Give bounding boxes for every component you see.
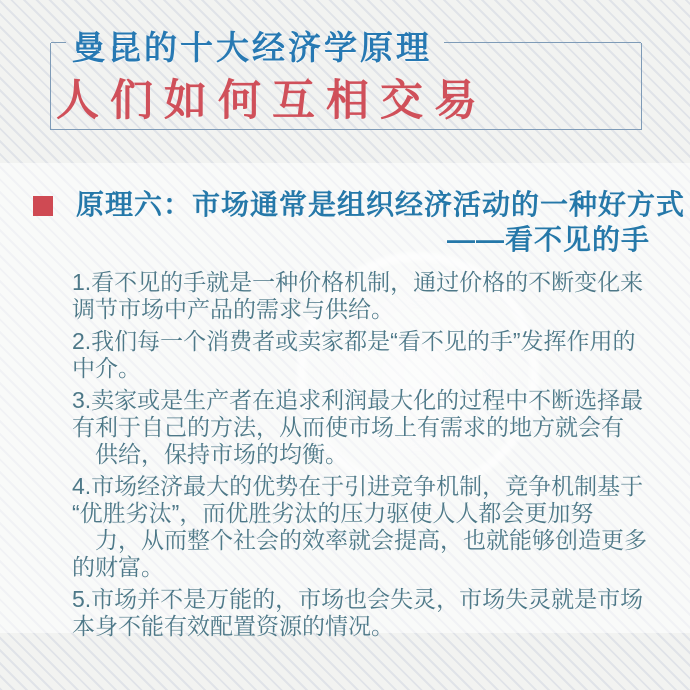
text-line: 力，从而整个社会的效率就会提高，也就能够创造更多 xyxy=(72,527,657,554)
text-line: 有利于自己的方法，从而使市场上有需求的地方就会有 xyxy=(72,414,657,441)
series-title: 曼昆的十大经济学原理 xyxy=(72,22,432,69)
title-box: 曼昆的十大经济学原理 人们如何互相交易 xyxy=(50,43,642,130)
text-line: 1.看不见的手就是一种价格机制，通过价格的不断变化来 xyxy=(72,269,657,296)
title-box-border-segment xyxy=(51,42,66,43)
text-line: 2.我们每一个消费者或卖家都是“看不见的手”发挥作用的 xyxy=(72,328,657,355)
text-line: 3.卖家或是生产者在追求利润最大化的过程中不断选择最 xyxy=(72,387,657,414)
infographic-page: 曼昆的十大经济学原理 人们如何互相交易 原理六：市场通常是组织经济活动的一种好方… xyxy=(0,0,690,690)
text-line: 4.市场经济最大的优势在于引进竞争机制，竞争机制基于 xyxy=(72,473,657,500)
text-line: 的财富。 xyxy=(72,554,657,581)
principle-point: 3.卖家或是生产者在追求利润最大化的过程中不断选择最有利于自己的方法，从而使市场… xyxy=(72,387,657,468)
text-line: 调节市场中产品的需求与供给。 xyxy=(72,296,657,323)
red-square-bullet xyxy=(33,196,53,216)
text-line: 本身不能有效配置资源的情况。 xyxy=(72,613,657,640)
page-title: 人们如何互相交易 xyxy=(56,67,488,128)
principle-point: 5.市场并不是万能的，市场也会失灵，市场失灵就是市场本身不能有效配置资源的情况。 xyxy=(72,586,657,640)
title-box-border-segment xyxy=(444,42,641,43)
principle-heading: 原理六：市场通常是组织经济活动的一种好方式 ——看不见的手 xyxy=(33,186,655,257)
text-line: 中介。 xyxy=(72,355,657,382)
principle-point: 1.看不见的手就是一种价格机制，通过价格的不断变化来调节市场中产品的需求与供给。 xyxy=(72,269,657,323)
text-line: 供给，保持市场的均衡。 xyxy=(72,441,657,468)
principle-heading-line2: ——看不见的手 xyxy=(33,223,655,257)
principle-heading-line1: 原理六：市场通常是组织经济活动的一种好方式 xyxy=(33,186,655,223)
principle-points: 1.看不见的手就是一种价格机制，通过价格的不断变化来调节市场中产品的需求与供给。… xyxy=(72,269,657,645)
text-line: “优胜劣汰”，而优胜劣汰的压力驱使人人都会更加努 xyxy=(72,500,657,527)
principle-point: 4.市场经济最大的优势在于引进竞争机制，竞争机制基于“优胜劣汰”，而优胜劣汰的压… xyxy=(72,473,657,581)
text-line: 5.市场并不是万能的，市场也会失灵，市场失灵就是市场 xyxy=(72,586,657,613)
principle-point: 2.我们每一个消费者或卖家都是“看不见的手”发挥作用的中介。 xyxy=(72,328,657,382)
